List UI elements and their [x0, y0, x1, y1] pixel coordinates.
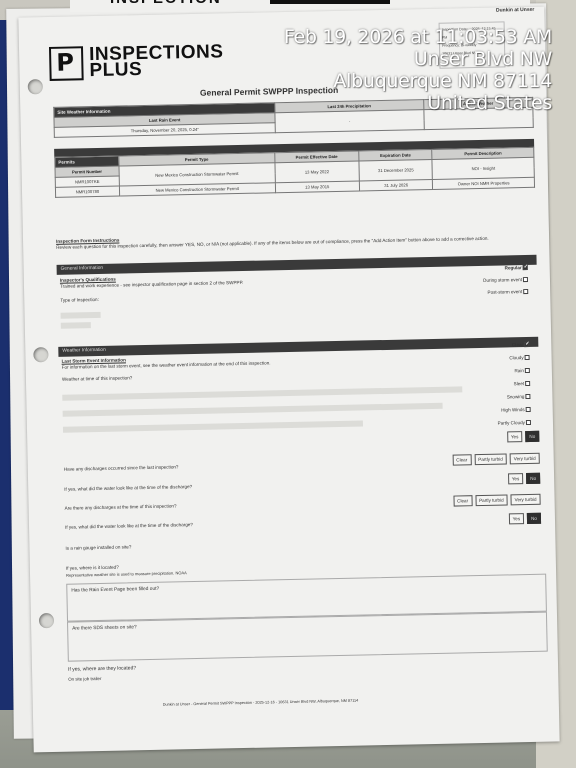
answer-group-q4: Yes No: [508, 513, 541, 525]
photo-city: Albuquerque NM 87114: [284, 70, 552, 92]
checkbox[interactable]: [523, 277, 528, 282]
weather-option-sleet[interactable]: Sleet: [514, 381, 531, 386]
weather-option-partly-cloudy[interactable]: Partly Cloudy: [498, 420, 531, 426]
punch-hole: [33, 347, 48, 362]
table-cell: New Mexico Construction Stormwater Permi…: [119, 183, 275, 196]
p-logo-icon: P: [49, 46, 84, 81]
faint-text: [63, 403, 443, 417]
question-text: If yes, where are they located?: [68, 666, 136, 673]
question-text: Is a rain gauge installed on site?: [65, 544, 131, 551]
instructions: Inspection Form Instructions Review each…: [56, 229, 536, 250]
no-button-selected[interactable]: No: [526, 473, 540, 484]
checkbox-checked[interactable]: [523, 265, 528, 270]
photo-timestamp: Feb 19, 2026 at 11:03:53 AM: [284, 26, 552, 48]
question-text: If yes, what did the water look like at …: [65, 522, 193, 530]
checkbox[interactable]: [526, 420, 531, 425]
permits-table: Permits Permit Type Permit Effective Dat…: [54, 147, 535, 198]
question-text: If yes, what did the water look like at …: [64, 484, 192, 492]
checkbox[interactable]: [526, 407, 531, 412]
answer-group-q2: Yes No: [508, 473, 541, 485]
type-of-inspection-label: Type of Inspection:: [60, 297, 99, 303]
faint-text: [62, 386, 462, 400]
faint-text: [61, 322, 91, 329]
partly-turbid-button[interactable]: Partly turbid: [474, 453, 507, 465]
weather-option-cloudy[interactable]: Cloudy: [509, 355, 529, 360]
checkbox[interactable]: [525, 394, 530, 399]
weather-option-high-winds[interactable]: High Winds: [501, 407, 531, 413]
answer-group-q1: Clear Partly turbid Very turbid: [452, 453, 540, 466]
redaction-bar: [270, 0, 390, 4]
faint-text: [63, 420, 363, 432]
yes-button[interactable]: Yes: [508, 473, 524, 484]
punch-hole: [28, 79, 43, 94]
table-cell: NMR100780: [55, 186, 119, 197]
site-header: Dunkin at Unser: [496, 7, 534, 14]
option-post-storm[interactable]: Post-storm event: [487, 289, 528, 295]
table-cell: 13 May 2022: [275, 161, 360, 183]
option-regular[interactable]: Regular: [505, 265, 528, 270]
answer-text: On site job trailer: [68, 676, 101, 682]
inspection-document: P INSPECTIONS PLUS Dunkin at Unser Inspe…: [18, 7, 559, 753]
inspector-qualifications: Inspector's Qualifications Trained and w…: [60, 271, 360, 288]
no-button-selected[interactable]: No: [525, 431, 539, 442]
table-cell: 31 July 2026: [359, 179, 433, 191]
checkbox[interactable]: [523, 289, 528, 294]
page-footer: Dunkin at Unser - General Permit SWPPP I…: [163, 699, 359, 707]
question-text: Are there any discharges at the time of …: [65, 503, 177, 511]
weather-option-rain[interactable]: Rain: [514, 368, 530, 373]
behind-sheet-text: INSPECTION: [110, 0, 222, 7]
yes-button[interactable]: Yes: [508, 513, 524, 524]
answer-group-q0: Yes No: [507, 431, 540, 443]
question-text: Have any discharges occurred since the l…: [64, 464, 179, 472]
punch-hole: [39, 613, 54, 628]
answer-group-q3: Clear Partly turbid Very turbid: [453, 494, 541, 507]
partly-turbid-button[interactable]: Partly turbid: [475, 494, 508, 506]
table-cell: Owner NOI NMR Properties: [433, 177, 535, 189]
faint-text: [61, 312, 101, 319]
very-turbid-button[interactable]: Very turbid: [510, 453, 540, 465]
clear-button[interactable]: Clear: [452, 454, 471, 465]
table-cell: NOI - Insight: [432, 157, 534, 179]
yes-button[interactable]: Yes: [507, 431, 523, 442]
photo-street: Unser Blvd NW: [284, 48, 552, 70]
table-cell: 31 December 2025: [359, 159, 433, 181]
photo-metadata-overlay: Feb 19, 2026 at 11:03:53 AM Unser Blvd N…: [284, 26, 552, 114]
checkbox[interactable]: [525, 355, 530, 360]
company-logo: P INSPECTIONS PLUS: [49, 43, 224, 81]
answer-text: Representative weather site is used to m…: [66, 570, 187, 578]
photo-country: United States: [284, 92, 552, 114]
site-name: Dunkin at Unser: [496, 7, 534, 14]
weather-question: Weather at time of this inspection?: [62, 375, 132, 382]
clear-button[interactable]: Clear: [453, 495, 472, 506]
checkbox-checked[interactable]: [524, 342, 529, 347]
no-button-selected[interactable]: No: [527, 513, 541, 524]
weather-option-clear[interactable]: Clear: [512, 342, 530, 347]
checkbox[interactable]: [525, 368, 530, 373]
table-cell: 13 May 2015: [275, 181, 360, 193]
very-turbid-button[interactable]: Very turbid: [510, 494, 540, 506]
checkbox[interactable]: [525, 381, 530, 386]
question-text: If yes, where is it located?: [66, 565, 119, 572]
option-during-storm[interactable]: During storm event: [483, 277, 528, 283]
question-text: Has the Rain Event Page been filled out?: [67, 575, 545, 598]
weather-option-snowing[interactable]: Snowing: [507, 394, 531, 399]
